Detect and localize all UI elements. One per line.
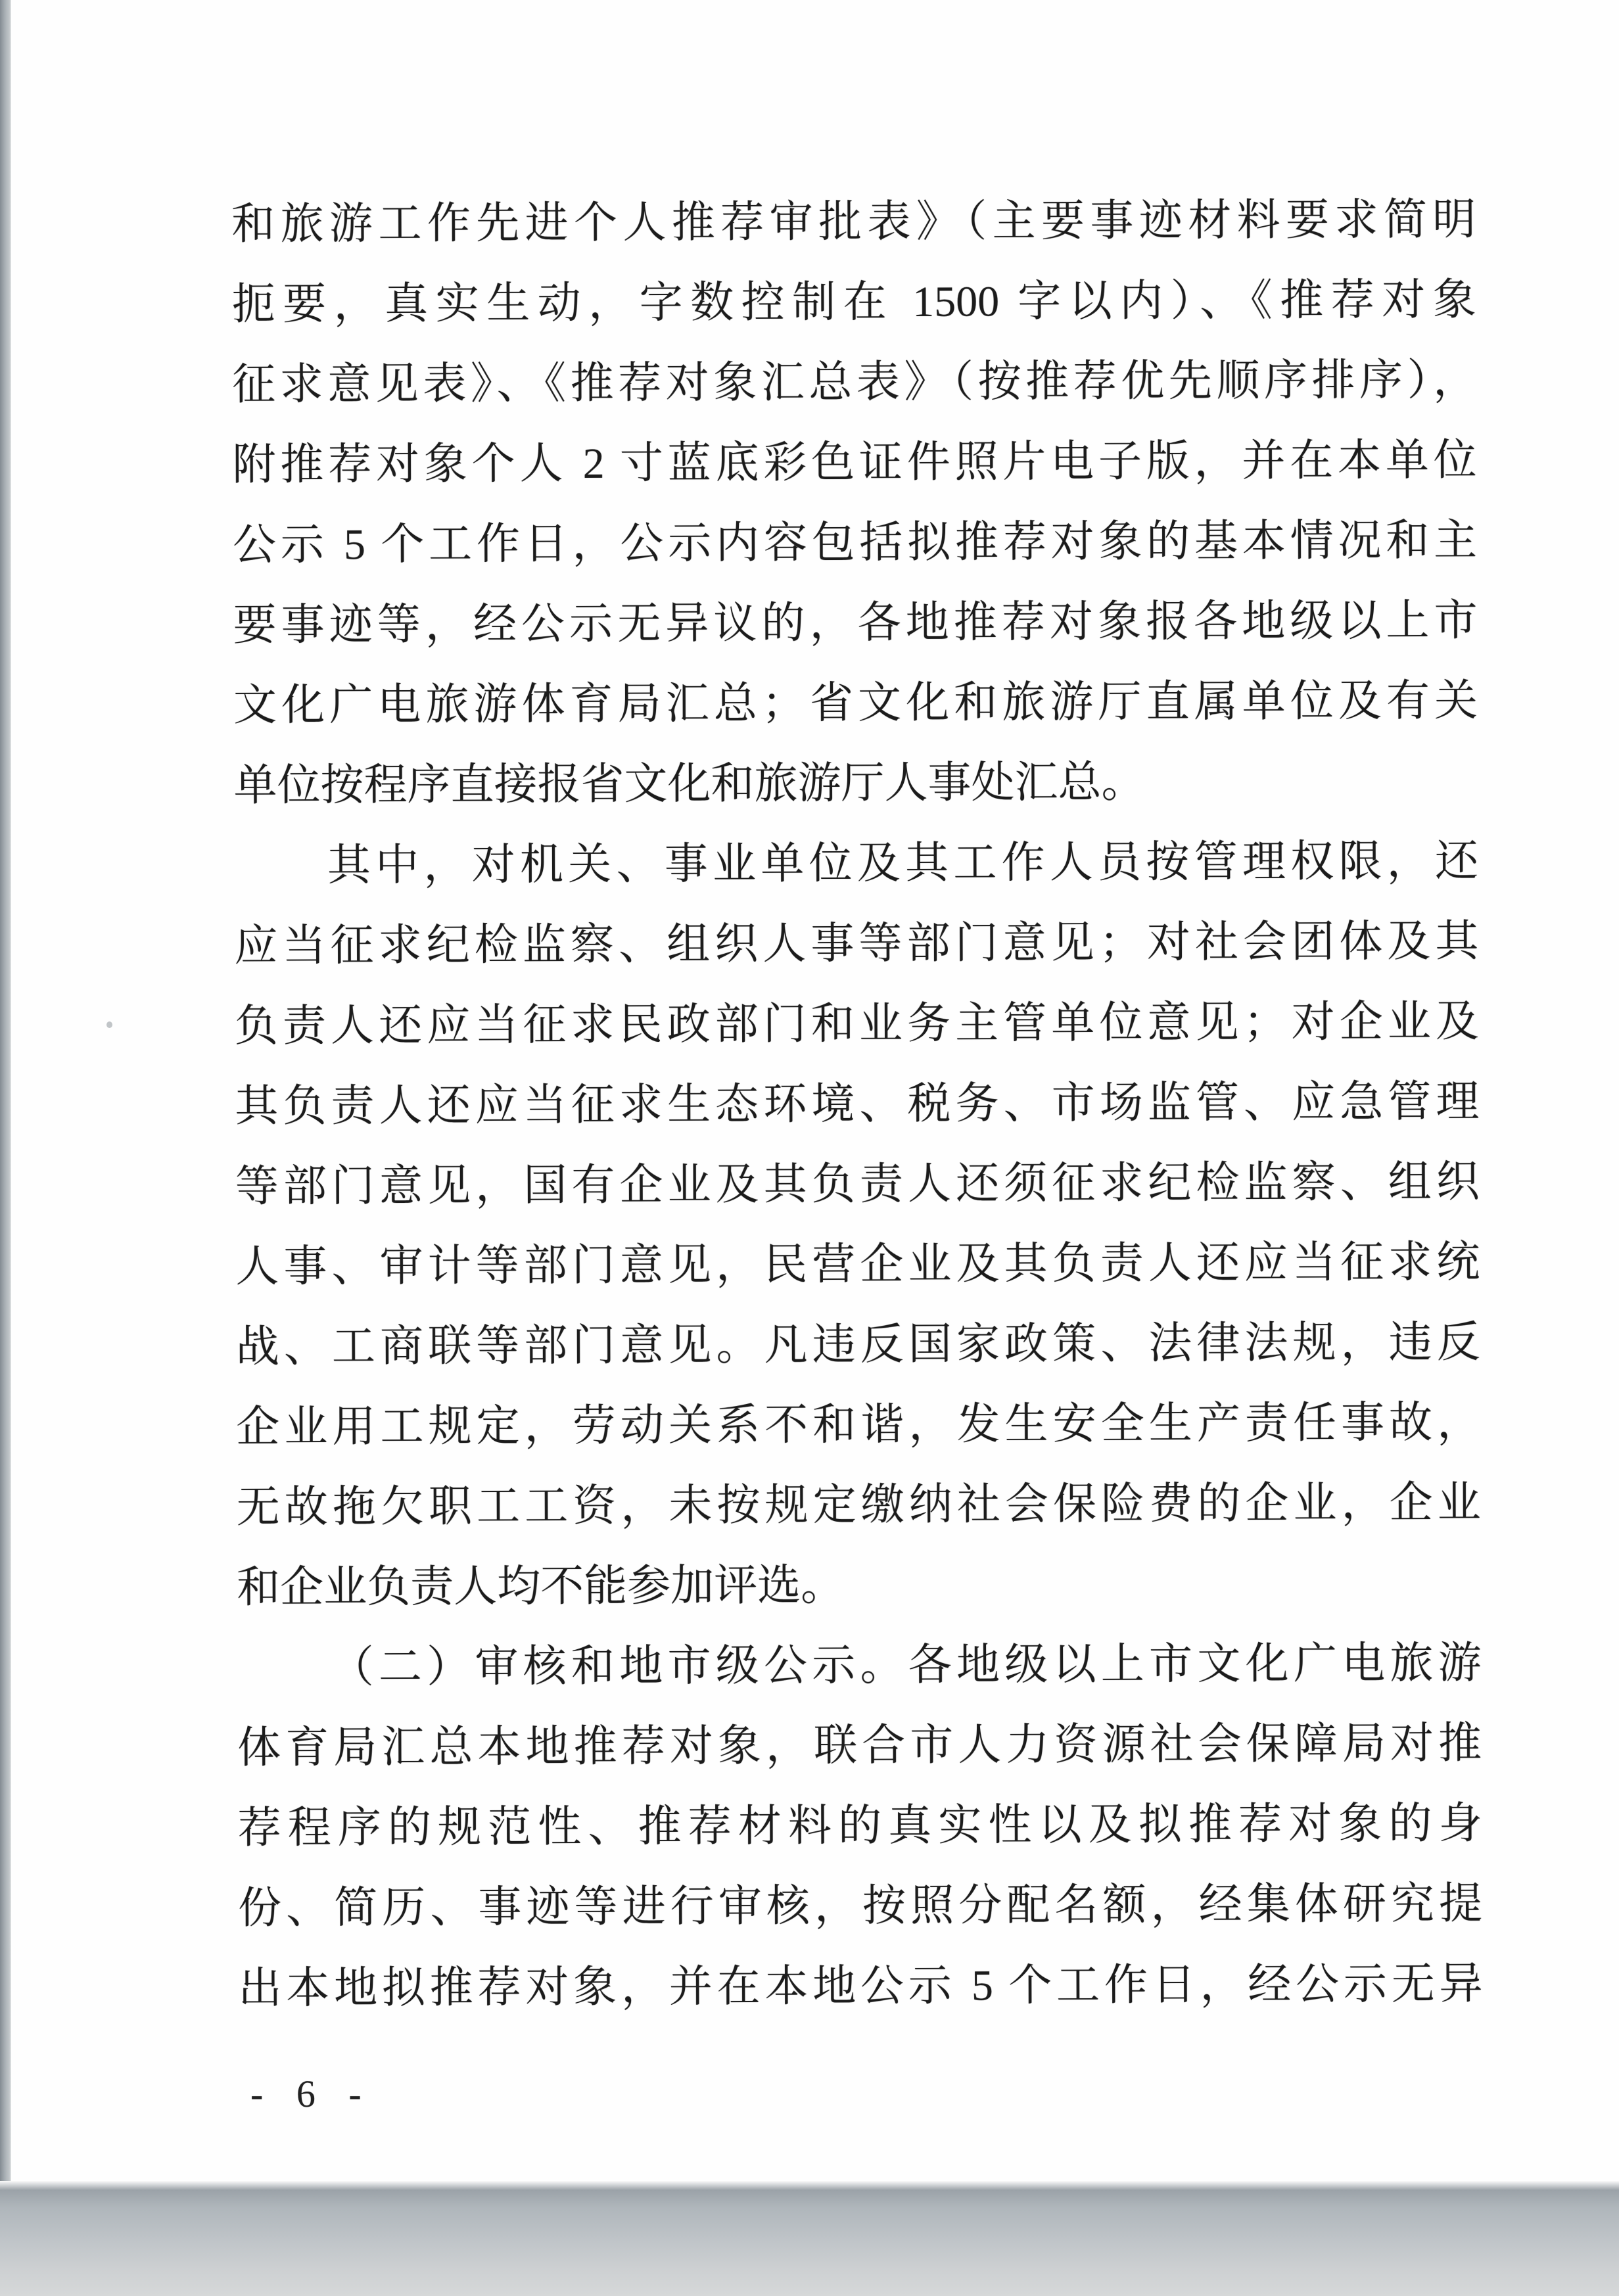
text-line: 其中，对机关、事业单位及其工作人员按管理权限，还	[234, 822, 1478, 906]
page-number: - 6 -	[250, 2074, 364, 2114]
text-line: 出本地拟推荐对象，并在本地公示 5 个工作日，经公示无异	[238, 1944, 1482, 2029]
text-line: （二）审核和地市级公示。各地级以上市文化广电旅游	[237, 1624, 1481, 1708]
text-line: 应当征求纪检监察、组织人事等部门意见；对社会团体及其	[234, 902, 1478, 987]
text-line: 战、工商联等部门意见。凡违反国家政策、法律法规，违反	[236, 1303, 1480, 1388]
text-line: 企业用工规定，劳动关系不和谐，发生安全生产责任事故，	[236, 1383, 1480, 1468]
text-line: 份、简历、事迹等进行审核，按照分配名额，经集体研究提	[238, 1864, 1482, 1949]
text-line: 等部门意见，国有企业及其负责人还须征求纪检监察、组织	[235, 1142, 1480, 1227]
text-line: 附推荐对象个人 2 寸蓝底彩色证件照片电子版，并在本单位	[232, 421, 1476, 505]
text-line: 征求意见表》、《推荐对象汇总表》（按推荐优先顺序排序），	[232, 340, 1476, 425]
text-line: 和旅游工作先进个人推荐审批表》（主要事迹材料要求简明	[231, 180, 1476, 265]
scan-edge-left	[0, 0, 11, 2296]
text-line: 人事、审计等部门意见，民营企业及其负责人还应当征求统	[235, 1223, 1480, 1307]
text-line: 公示 5 个工作日，公示内容包括拟推荐对象的基本情况和主	[233, 501, 1477, 586]
text-line: 其负责人还应当征求生态环境、税务、市场监管、应急管理	[235, 1062, 1479, 1147]
text-line: 要事迹等，经公示无异议的，各地推荐对象报各地级以上市	[233, 581, 1477, 666]
document-text: 和旅游工作先进个人推荐审批表》（主要事迹材料要求简明扼要，真实生动，字数控制在 …	[231, 180, 1483, 2029]
text-line: 无故拖欠职工工资，未按规定缴纳社会保险费的企业，企业	[236, 1463, 1480, 1548]
text-line: 和企业负责人均不能参加评选。	[237, 1543, 1481, 1628]
text-line: 单位按程序直接报省文化和旅游厅人事处汇总。	[233, 741, 1478, 826]
text-line: 扼要，真实生动，字数控制在 1500 字以内）、《推荐对象	[231, 260, 1476, 345]
scan-edge-bottom	[0, 2181, 1619, 2296]
scan-speck	[106, 1021, 112, 1028]
text-line: 体育局汇总本地推荐对象，联合市人力资源社会保障局对推	[237, 1704, 1482, 1789]
text-line: 负责人还应当征求民政部门和业务主管单位意见；对企业及	[235, 982, 1479, 1067]
text-line: 荐程序的规范性、推荐材料的真实性以及拟推荐对象的身	[237, 1784, 1482, 1869]
text-line: 文化广电旅游体育局汇总；省文化和旅游厅直属单位及有关	[233, 661, 1478, 746]
